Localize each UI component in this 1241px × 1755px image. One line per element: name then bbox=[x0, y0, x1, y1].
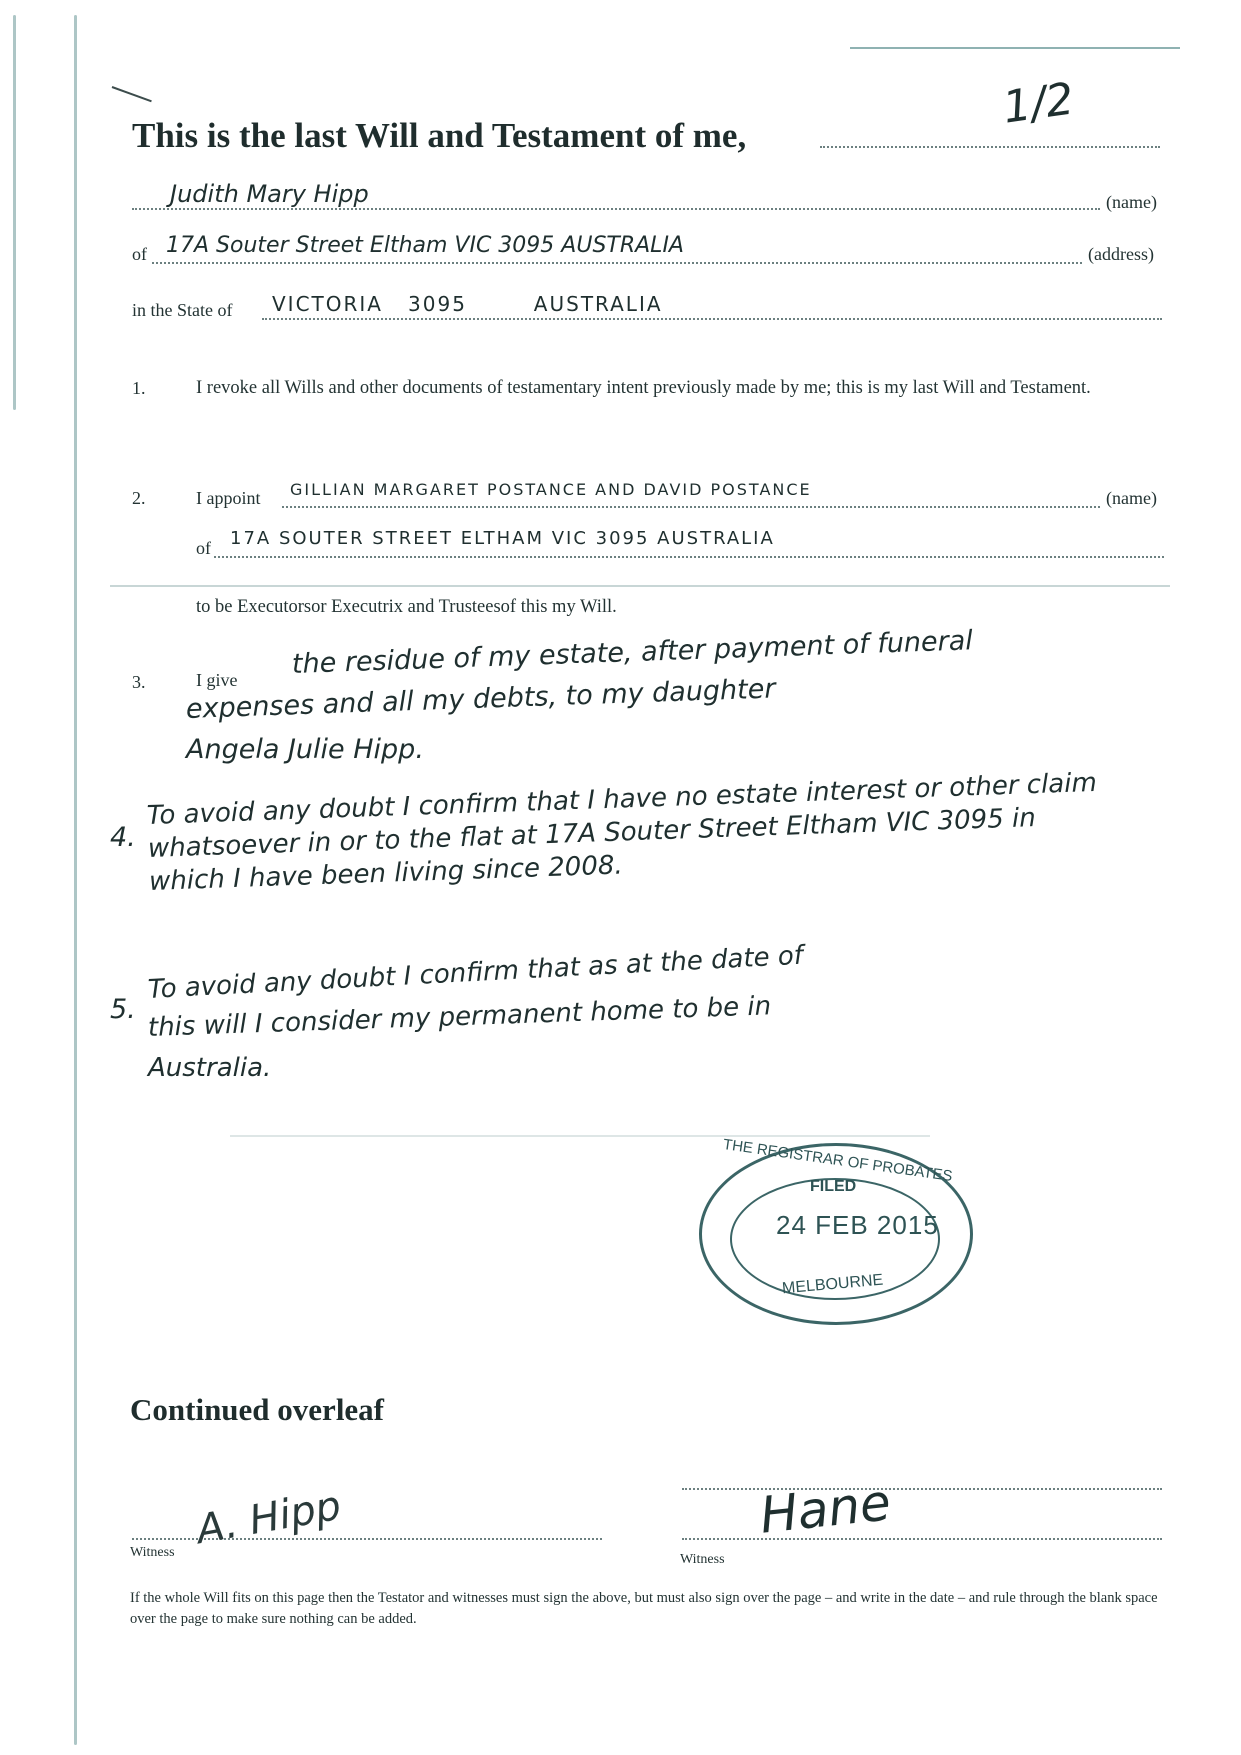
witness-1-signature: A. Hipp bbox=[193, 1483, 344, 1554]
witness-2-label: Witness bbox=[680, 1552, 725, 1568]
witness-1-label: Witness bbox=[130, 1545, 175, 1561]
appointee-address-field[interactable]: 17A SOUTER STREET ELTHAM VIC 3095 AUSTRA… bbox=[230, 528, 775, 549]
clause-4-text: To avoid any doubt I confirm that I have… bbox=[146, 767, 1109, 899]
appointee-dotted-line bbox=[282, 506, 1100, 508]
clause-1-number: 1. bbox=[132, 378, 146, 399]
page-marker: 1/2 bbox=[1000, 73, 1077, 133]
continued-overleaf: Continued overleaf bbox=[130, 1392, 384, 1428]
clause-2-number: 2. bbox=[132, 488, 146, 509]
page-title: This is the last Will and Testament of m… bbox=[132, 116, 746, 156]
clause-3-number: 3. bbox=[132, 672, 146, 693]
appointee-name-field[interactable]: GILLIAN MARGARET POSTANCE AND DAVID POST… bbox=[290, 480, 812, 499]
stamp-status: FILED bbox=[810, 1178, 856, 1196]
testator-signature-line bbox=[682, 1488, 1162, 1490]
clause-2-role: to be Executorsor Executrix and Trustees… bbox=[196, 594, 617, 621]
footer-instructions: If the whole Will fits on this page then… bbox=[130, 1588, 1170, 1630]
clause-1-text: I revoke all Wills and other documents o… bbox=[196, 375, 1136, 402]
scan-margin-line bbox=[13, 15, 16, 410]
title-dotted-line bbox=[820, 146, 1160, 148]
state-dotted-line bbox=[262, 318, 1162, 320]
appointee-address-dotted-line bbox=[214, 556, 1164, 558]
clause-3-line-3: Angela Julie Hipp. bbox=[186, 730, 424, 770]
scan-artifact-line bbox=[230, 1135, 930, 1137]
appointee-label: (name) bbox=[1106, 488, 1157, 509]
clause-5-number: 5. bbox=[110, 990, 136, 1030]
testator-name-field[interactable]: Judith Mary Hipp bbox=[170, 180, 369, 208]
scan-margin-line bbox=[74, 15, 77, 1745]
address-dotted-line bbox=[152, 262, 1082, 264]
appointee-address-prefix: of bbox=[196, 538, 211, 559]
state-prefix: in the State of bbox=[132, 300, 232, 321]
testator-state-field[interactable]: VICTORIA 3095 AUSTRALIA bbox=[272, 292, 663, 316]
name-label: (name) bbox=[1106, 192, 1157, 213]
witness-2-signature: Hane bbox=[757, 1473, 893, 1544]
check-mark bbox=[112, 86, 152, 102]
appoint-prefix: I appoint bbox=[196, 488, 261, 509]
witness-2-signature-line[interactable] bbox=[682, 1538, 1162, 1540]
clause-5-line-3: Australia. bbox=[148, 1048, 271, 1088]
testator-address-field[interactable]: 17A Souter Street Eltham VIC 3095 AUSTRA… bbox=[166, 233, 684, 258]
clause-3-line-2: expenses and all my debts, to my daughte… bbox=[185, 669, 776, 730]
scan-artifact-line bbox=[110, 585, 1170, 587]
address-prefix: of bbox=[132, 244, 147, 265]
address-label: (address) bbox=[1088, 244, 1154, 265]
name-dotted-line bbox=[132, 208, 1100, 210]
stamp-date: 24 FEB 2015 bbox=[776, 1210, 939, 1241]
clause-4-number: 4. bbox=[110, 818, 136, 858]
top-rule-line bbox=[850, 47, 1180, 49]
